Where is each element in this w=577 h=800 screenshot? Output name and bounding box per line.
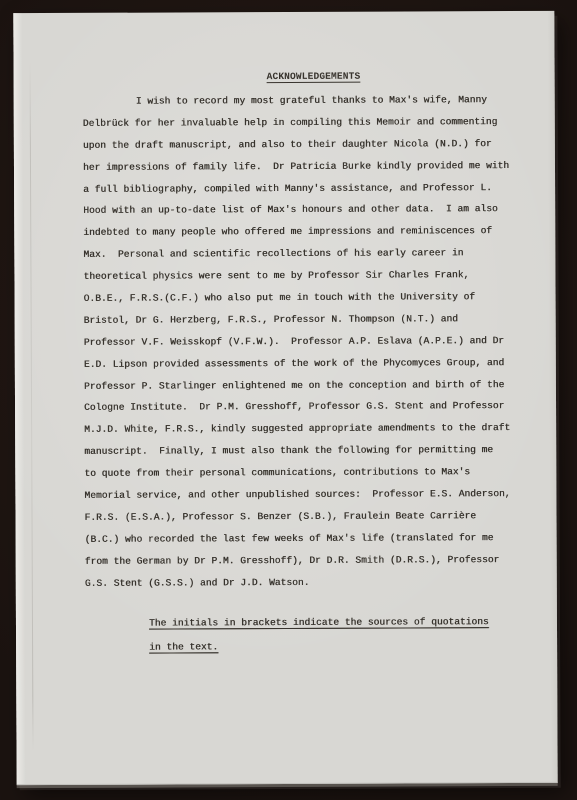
text-line: The initials in brackets indicate the so…	[149, 610, 489, 635]
paper-crease	[30, 61, 34, 751]
text-line: from the German by Dr P.M. Gresshoff), D…	[85, 549, 533, 573]
text-line: manuscript. Finally, I must also thank t…	[84, 439, 532, 463]
text-line: upon the draft manuscript, and also to t…	[83, 133, 531, 157]
text-line: theoretical physics were sent to me by P…	[83, 264, 531, 288]
text-line: Delbrück for her invaluable help in comp…	[83, 111, 531, 135]
text-line: her impressions of family life. Dr Patri…	[83, 155, 531, 179]
document-page: ACKNOWLEDGEMENTS I wish to record my mos…	[13, 11, 557, 785]
page-title: ACKNOWLEDGEMENTS	[267, 71, 361, 83]
text-line: M.J.D. White, F.R.S., kindly suggested a…	[84, 417, 532, 441]
text-line: (B.C.) who recorded the last few weeks o…	[85, 527, 533, 551]
text-line: Bristol, Dr G. Herzberg, F.R.S., Profess…	[84, 308, 532, 332]
text-line: Professor P. Starlinger enlightened me o…	[84, 374, 532, 398]
text-line: E.D. Lipson provided assessments of the …	[84, 352, 532, 376]
text-line: in the text.	[149, 634, 489, 659]
body-paragraph: I wish to record my most grateful thanks…	[83, 89, 533, 594]
text-line: Max. Personal and scientific recollectio…	[83, 242, 531, 266]
text-line: Hood with an up-to-date list of Max's ho…	[83, 198, 531, 222]
text-line: F.R.S. (E.S.A.), Professor S. Benzer (S.…	[84, 505, 532, 529]
text-line: Cologne Institute. Dr P.M. Gresshoff, Pr…	[84, 395, 532, 419]
text-line: a full bibliography, compiled with Manny…	[83, 176, 531, 200]
text-line: I wish to record my most grateful thanks…	[83, 89, 531, 113]
text-line: indebted to many people who offered me i…	[83, 220, 531, 244]
text-line: to quote from their personal communicati…	[84, 461, 532, 485]
text-line: Professor V.F. Weisskopf (V.F.W.). Profe…	[84, 330, 532, 354]
photo-background: ACKNOWLEDGEMENTS I wish to record my mos…	[0, 0, 577, 800]
text-line: Memorial service, and other unpublished …	[84, 483, 532, 507]
footnote: The initials in brackets indicate the so…	[149, 610, 489, 659]
text-line: G.S. Stent (G.S.S.) and Dr J.D. Watson.	[85, 571, 533, 595]
text-line: O.B.E., F.R.S.(C.F.) who also put me in …	[84, 286, 532, 310]
